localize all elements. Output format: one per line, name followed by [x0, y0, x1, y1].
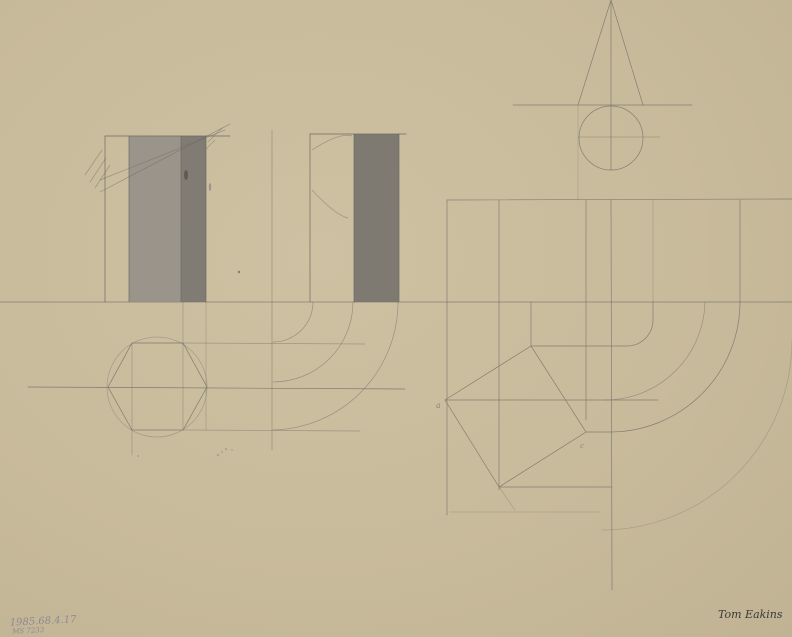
left-quarter-arcs [273, 302, 398, 430]
drawing-sheet: a c 1985.68.4.17 MS 7233 Tom Eakins [0, 0, 792, 637]
artist-signature: Tom Eakins [718, 608, 783, 621]
point-labels: a c [436, 401, 584, 450]
svg-text:a: a [436, 401, 441, 410]
middle-column-elevation [272, 130, 406, 450]
cone-elevation [513, 0, 692, 200]
accession-inscription: 1985.68.4.17 MS 7233 [10, 615, 78, 636]
hexagon-plan [28, 302, 405, 455]
perspective-drawing: a c [0, 0, 792, 637]
left-column-elevation [85, 124, 230, 302]
svg-text:c: c [580, 442, 584, 450]
right-construction [445, 199, 792, 590]
